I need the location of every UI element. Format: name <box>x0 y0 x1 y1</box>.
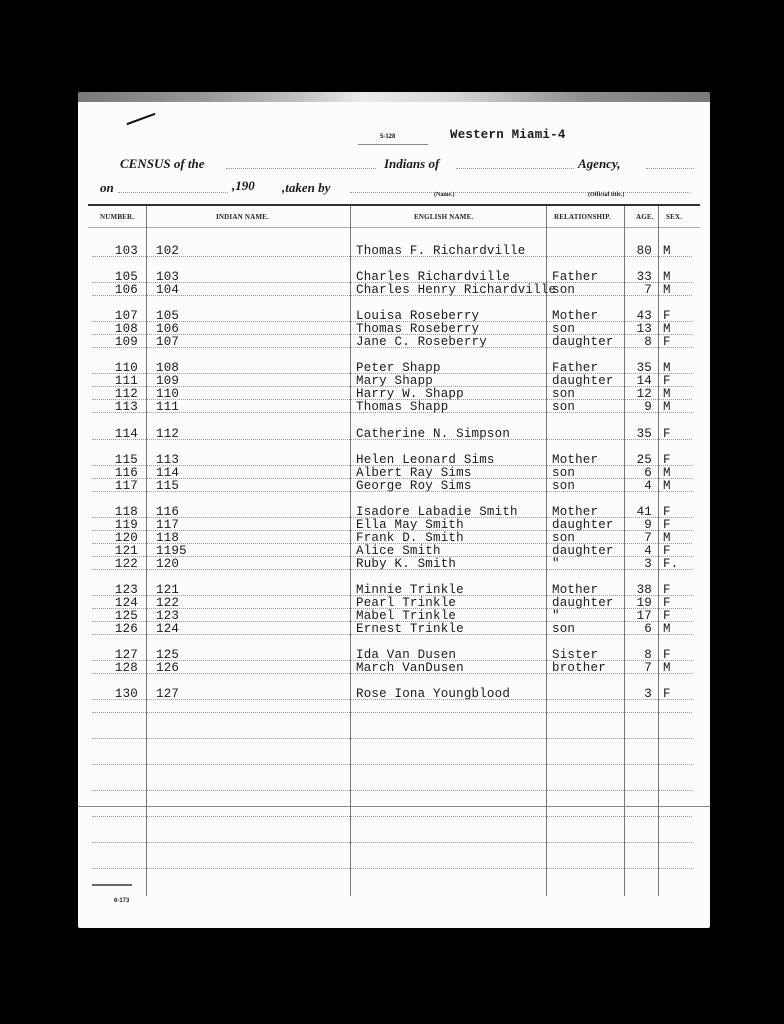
table-row: 105103Charles RichardvilleFather33M <box>78 270 710 283</box>
table-row: 106104Charles Henry Richardvilleson7M <box>78 283 710 296</box>
form-code-underline <box>358 144 428 145</box>
date-blank <box>118 192 228 193</box>
table-row: 125123Mabel Trinkle"17F <box>78 609 710 622</box>
table-row: 1211195Alice Smithdaughter4F <box>78 544 710 557</box>
taken-by-blank <box>350 192 690 193</box>
column-header-rule <box>88 227 700 228</box>
scan-edge-noise <box>78 92 710 102</box>
table-row: 114112Catherine N. Simpson35F <box>78 427 710 440</box>
lower-rule <box>78 806 710 807</box>
blank-entry-line <box>92 868 692 869</box>
row-dotted-line <box>92 295 692 296</box>
form-code: 5-128 <box>380 134 395 140</box>
table-row: 128126March VanDusenbrother7M <box>78 661 710 674</box>
tribe-blank <box>226 168 376 169</box>
table-row: 120118Frank D. Smithson7M <box>78 531 710 544</box>
agency-blank <box>456 168 574 169</box>
table-row: 109107Jane C. Roseberrydaughter8F <box>78 335 710 348</box>
table-row: 103102Thomas F. Richardville80M <box>78 244 710 257</box>
col-age: AGE. <box>636 213 654 221</box>
census-page: 5-128 Western Miami-4 CENSUS of the Indi… <box>78 92 710 928</box>
table-row: 122120Ruby K. Smith"3F. <box>78 557 710 570</box>
indians-of-label: Indians of <box>384 156 439 172</box>
table-row: 126124Ernest Trinkleson6M <box>78 622 710 635</box>
row-dotted-line <box>92 673 692 674</box>
footer-rule <box>92 884 132 886</box>
table-row: 127125Ida Van DusenSister8F <box>78 648 710 661</box>
table-row: 130127Rose Iona Youngblood3F <box>78 687 710 700</box>
official-title-caption: (Official title.) <box>588 192 624 198</box>
census-of-label: CENSUS of the <box>120 156 205 172</box>
blank-entry-line <box>92 764 692 765</box>
row-dotted-line <box>92 491 692 492</box>
table-row: 112110Harry W. Shappson12M <box>78 387 710 400</box>
table-row: 116114Albert Ray Simsson6M <box>78 466 710 479</box>
year-label: ,190 <box>232 178 255 194</box>
table-row: 119117Ella May Smithdaughter9F <box>78 518 710 531</box>
table-row: 108106Thomas Roseberryson13M <box>78 322 710 335</box>
row-dotted-line <box>92 412 692 413</box>
table-row: 113111Thomas Shappson9M <box>78 400 710 413</box>
row-dotted-line <box>92 634 692 635</box>
tribe-title: Western Miami-4 <box>450 128 566 142</box>
blank-entry-line <box>92 790 692 791</box>
blank-entry-line <box>92 816 692 817</box>
header-rule <box>88 204 700 206</box>
row-dotted-line <box>92 256 692 257</box>
footer-form-code: 6-173 <box>114 898 129 904</box>
col-relationship: RELATIONSHIP. <box>554 213 611 221</box>
row-dotted-line <box>92 569 692 570</box>
table-row: 107105Louisa RoseberryMother43F <box>78 309 710 322</box>
row-dotted-line <box>92 699 692 700</box>
ink-mark <box>127 113 156 125</box>
agency-label: Agency, <box>578 156 620 172</box>
table-row: 110108Peter ShappFather35M <box>78 361 710 374</box>
col-number: NUMBER. <box>100 213 134 221</box>
blank-entry-line <box>92 842 692 843</box>
taken-by-label: ,taken by <box>282 180 330 196</box>
table-row: 115113Helen Leonard SimsMother25F <box>78 453 710 466</box>
table-row: 111109Mary Shappdaughter14F <box>78 374 710 387</box>
table-row: 117115George Roy Simsson4M <box>78 479 710 492</box>
table-row: 124122Pearl Trinkledaughter19F <box>78 596 710 609</box>
row-dotted-line <box>92 347 692 348</box>
table-row: 118116Isadore Labadie SmithMother41F <box>78 505 710 518</box>
col-sex: SEX. <box>666 213 682 221</box>
blank-entry-line <box>92 712 692 713</box>
col-english-name: ENGLISH NAME. <box>414 213 473 221</box>
row-dotted-line <box>92 439 692 440</box>
table-row: 123121Minnie TrinkleMother38F <box>78 583 710 596</box>
agency-tail-blank <box>646 168 694 169</box>
on-label: on <box>100 180 114 196</box>
col-indian-name: INDIAN NAME. <box>216 213 269 221</box>
blank-entry-line <box>92 738 692 739</box>
name-caption: (Name.) <box>434 192 455 198</box>
